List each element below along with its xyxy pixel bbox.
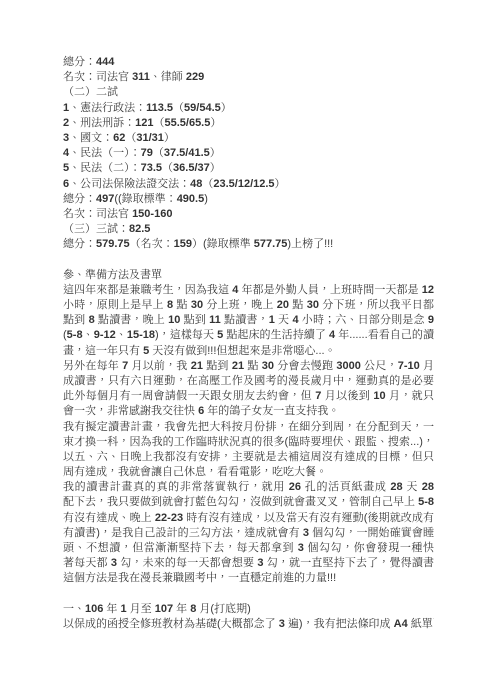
section-heading-period-1: 一、106 年 1 月至 107 年 8 月(打底期) [63, 602, 434, 617]
text-line: 著每天都 3 勾，未來的每一天都會想要 3 勾，就一直堅持下去了，覺得讀書計畫 [63, 556, 434, 571]
text-line-subject-6: 6、公司法保險法證交法：48（23.5/12/12.5） [63, 177, 434, 192]
text-line-section-second-exam: （二）二試 [63, 85, 434, 100]
text-line: 束才換一科，因為我的工作臨時狀況真的很多(臨時要埋伏、跟監、搜索...)，所 [63, 435, 434, 450]
text-line: 我的讀書計畫真的真的非常落實執行，就用 26 孔的活頁紙畫成 28 天 28 格… [63, 480, 434, 495]
text-line: 畫，這一年只有 5 天沒有做到!!!但想起來是非常噁心...。 [63, 344, 434, 359]
text-line: 我有擬定讀書計畫，我會先把大科按月份排，在細分到周，在分配到天，一科結 [63, 420, 434, 435]
text-line-section-third-exam: （三）三試：82.5 [63, 222, 434, 237]
text-line: 小時，原則上是早上 8 點 30 分上班，晚上 20 點 30 分下班，所以我平… [63, 298, 434, 313]
text-line-subject-2: 2、刑法刑訴：121（55.5/65.5） [63, 116, 434, 131]
section-heading-methods: 參、準備方法及書單 [63, 268, 434, 283]
text-line: 這個方法是我在漫長兼職國考中，一直穩定前進的力量!!! [63, 571, 434, 586]
text-line: 會一次，非常感謝我交往快 6 年的鴿子女友一直支持我。 [63, 404, 434, 419]
text-line-subject-3: 3、國文：62（31/31） [63, 131, 434, 146]
text-line-rank-second: 名次：司法官 150-160 [63, 207, 434, 222]
text-line: (5-8、9-12、15-18)，這樣每天 5 點起床的生活持續了 4 年...… [63, 328, 434, 343]
text-line: 周有達成，我就會讓自己休息，看看電影，吃吃大餐。 [63, 465, 434, 480]
text-line: 這四年來都是兼職考生，因為我這 4 年都是外勤人員，上班時間一天都是 12-13 [63, 283, 434, 298]
blank-line [63, 252, 434, 267]
text-line: 有沒有達成、晚上 22-23 時有沒有達成，以及當天有沒有運動(後期就改成有沒 [63, 511, 434, 526]
text-line: 頭、不想讀，但當漸漸堅持下去，每天都拿到 3 個勾勾，你會發現一種快感，看 [63, 541, 434, 556]
text-line-total-score-first: 總分：444 [63, 55, 434, 70]
text-line: 配下去，我只要做到就會打藍色勾勾，沒做到就會畫叉叉，管制自己早上 5-8 時 [63, 495, 434, 510]
text-line-total-score-final: 總分：579.75（名次：159）(錄取標準 577.75)上榜了!!! [63, 237, 434, 252]
text-line: 有讀書)，是我自己設計的三勾方法，達成就會有 3 個勾勾，一開始確實會睡過 [63, 526, 434, 541]
text-line-rank-first: 名次：司法官 311、律師 229 [63, 70, 434, 85]
text-line-subject-1: 1、憲法行政法：113.5（59/54.5） [63, 101, 434, 116]
document-text-block: 總分：444 名次：司法官 311、律師 229 （二）二試 1、憲法行政法：1… [63, 55, 434, 632]
text-line: 以五、六、日晚上我都沒有安排，主要就是去補這周沒有達成的目標，但只要當 [63, 450, 434, 465]
blank-line [63, 587, 434, 602]
text-line: 此外每個月有一周會請假一天跟女朋友去約會，但 7 月以後到 10 月，就只有約 [63, 389, 434, 404]
text-line-total-score-second: 總分：497((錄取標準：490.5) [63, 192, 434, 207]
text-line: 點到 8 點讀書，晚上 10 點到 11 點讀書，1 天 4 小時；六、日部分則… [63, 313, 434, 328]
text-line-subject-5: 5、民法（二）：73.5（36.5/37） [63, 161, 434, 176]
document-page: 總分：444 名次：司法官 311、律師 229 （二）二試 1、憲法行政法：1… [0, 0, 494, 700]
text-line-subject-4: 4、民法（一）：79（37.5/41.5） [63, 146, 434, 161]
text-line: 另外在每年 7 月以前，我 21 點到 21 點 30 分會去慢跑 3000 公… [63, 359, 434, 374]
text-line: 以保成的函授全修班教材為基礎(大概都念了 3 遍)，我有把法條印成 A4 紙單面… [63, 617, 434, 632]
text-line: 成讀書，只有六日運動，在高壓工作及國考的漫長歲月中，運動真的是必要的! [63, 374, 434, 389]
